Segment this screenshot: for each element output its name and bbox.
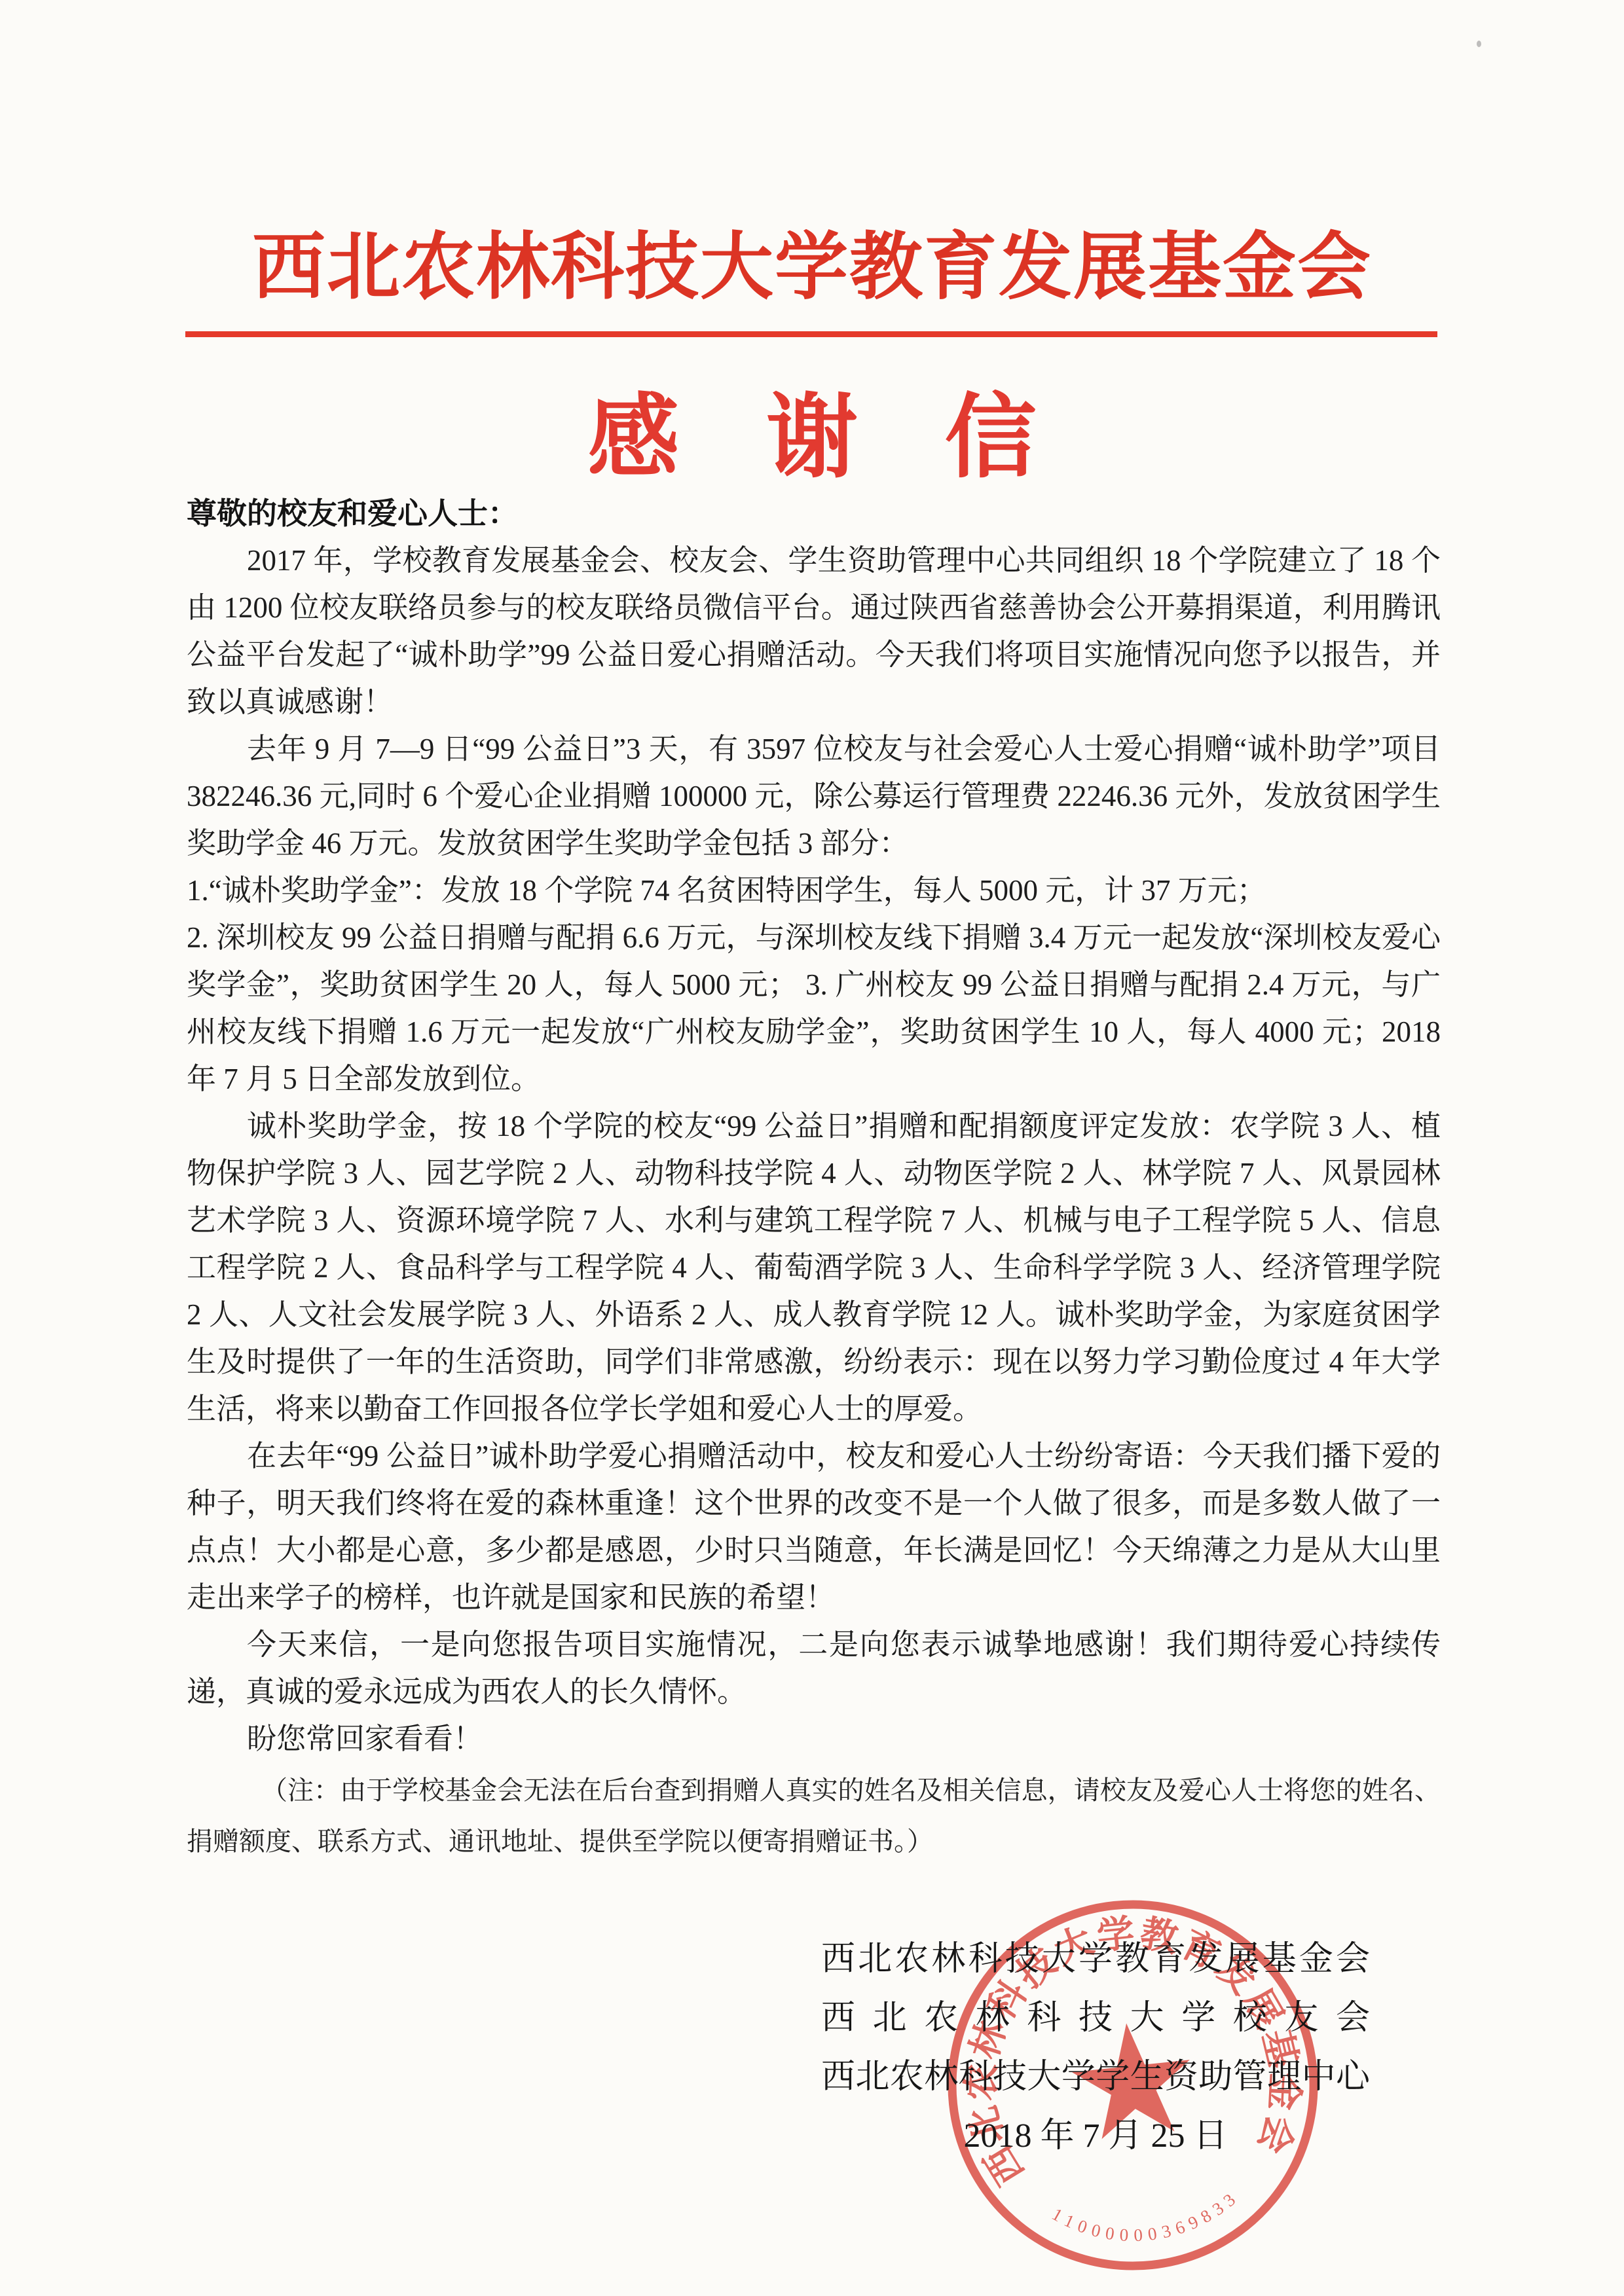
signature-foundation: 西北农林科技大学教育发展基金会 bbox=[821, 1930, 1370, 1989]
paragraph-purpose: 今天来信，一是向您报告项目实施情况，二是向您表示诚挚地感谢！我们期待爱心持续传递… bbox=[187, 1621, 1441, 1715]
signature-student-aid-center: 西北农林科技大学学生资助管理中心 bbox=[821, 2048, 1370, 2107]
salutation: 尊敬的校友和爱心人士： bbox=[187, 490, 1441, 537]
signature-alumni-association: 西北农林科技大学校友会 bbox=[821, 1989, 1370, 2048]
footnote: （注：由于学校基金会无法在后台查到捐赠人真实的姓名及相关信息，请校友及爱心人士将… bbox=[187, 1765, 1441, 1867]
letter-page: 西北农林科技大学教育发展基金会 感 谢 信 尊敬的校友和爱心人士： 2017 年… bbox=[0, 0, 1624, 2296]
scan-artifact-speck bbox=[1477, 41, 1481, 47]
signature-date: 2018 年 7 月 25 日 bbox=[821, 2107, 1370, 2166]
foundation-letterhead-title: 西北农林科技大学教育发展基金会 bbox=[0, 208, 1624, 314]
paragraph-college-allocation: 诚朴奖助学金，按 18 个学院的校友“99 公益日”捐赠和配捐额度评定发放：农学… bbox=[187, 1102, 1441, 1432]
letter-title: 感 谢 信 bbox=[0, 364, 1624, 496]
letterhead-divider-line bbox=[185, 331, 1437, 337]
paragraph-items-2-3: 2. 深圳校友 99 公益日捐赠与配捐 6.6 万元，与深圳校友线下捐赠 3.4… bbox=[187, 914, 1441, 1102]
paragraph-intro: 2017 年，学校教育发展基金会、校友会、学生资助管理中心共同组织 18 个学院… bbox=[187, 537, 1441, 725]
paragraph-donation-summary: 去年 9 月 7—9 日“99 公益日”3 天，有 3597 位校友与社会爱心人… bbox=[187, 725, 1441, 867]
signature-block: 西北农林科技大学教育发展基金会 西北农林科技大学校友会 西北农林科技大学学生资助… bbox=[821, 1930, 1370, 2166]
paragraph-item-1: 1.“诚朴奖助学金”：发放 18 个学院 74 名贫困特困学生，每人 5000 … bbox=[187, 867, 1441, 914]
letter-body: 尊敬的校友和爱心人士： 2017 年，学校教育发展基金会、校友会、学生资助管理中… bbox=[187, 490, 1441, 1867]
paragraph-messages: 在去年“99 公益日”诚朴助学爱心捐赠活动中，校友和爱心人士纷纷寄语：今天我们播… bbox=[187, 1432, 1441, 1621]
paragraph-closing: 盼您常回家看看！ bbox=[187, 1715, 1441, 1762]
